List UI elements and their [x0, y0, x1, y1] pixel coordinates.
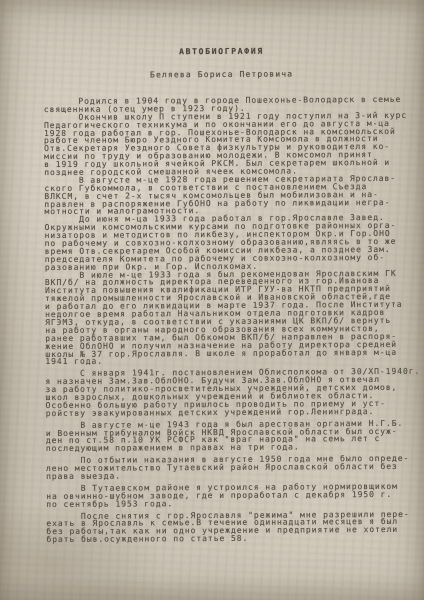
document-subtitle: Беляева Бориса Петровича	[44, 69, 400, 80]
typewritten-line: брать быв.осужденного по статье 58.	[46, 534, 410, 544]
document-body-text: Родился в 1904 году в городе Пошехонье-В…	[44, 96, 411, 544]
document-title: АВТОБИОГРАФИЯ	[43, 46, 399, 57]
typewritten-line: последующим поражением в правах на три г…	[46, 443, 410, 453]
paper-sheet: АВТОБИОГРАФИЯ Беляева Бориса Петровича Р…	[0, 0, 424, 600]
scanned-page: АВТОБИОГРАФИЯ Беляева Бориса Петровича Р…	[0, 0, 424, 600]
typewritten-line: по сентябрь 1953 года.	[46, 498, 410, 508]
typewritten-line: ройству эвакуированных детских учреждени…	[46, 408, 410, 418]
typewritten-line: права выезда.	[46, 471, 410, 481]
